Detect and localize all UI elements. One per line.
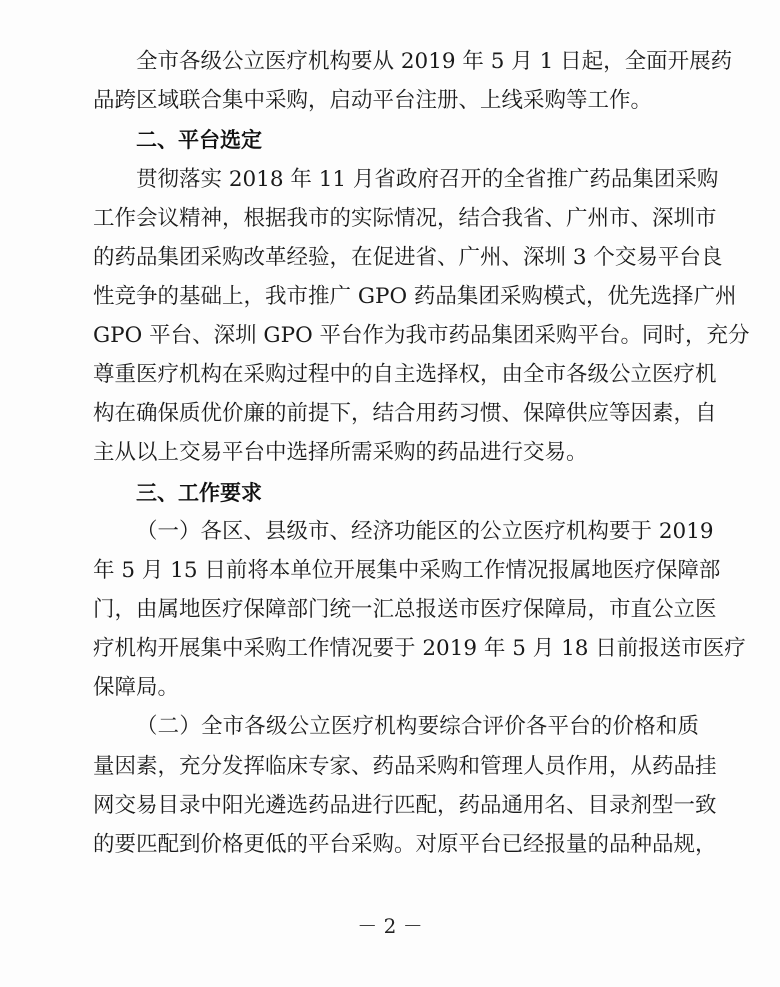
paragraph-line: 品跨区域联合集中采购，启动平台注册、上线采购等工作。 [93,86,699,116]
paragraph-line: 工作会议精神，根据我市的实际情况，结合我省、广州市、深圳市 [93,204,699,234]
paragraph-line: 门，由属地医疗保障部门统一汇总报送市医疗保障局，市直公立医 [93,595,699,625]
paragraph-line: 的要匹配到价格更低的平台采购。对原平台已经报量的品种品规， [93,830,699,860]
paragraph-line: 主从以上交易平台中选择所需采购的药品进行交易。 [93,438,699,468]
paragraph-line: 的药品集团采购改革经验，在促进省、广州、深圳 3 个交易平台良 [93,243,699,273]
document-page: 全市各级公立医疗机构要从 2019 年 5 月 1 日起，全面开展药 品跨区域联… [0,0,780,987]
paragraph-line: （一）各区、县级市、经济功能区的公立医疗机构要于 2019 [136,517,699,547]
paragraph-line: 尊重医疗机构在采购过程中的自主选择权，由全市各级公立医疗机 [93,360,699,390]
paragraph-line: （二）全市各级公立医疗机构要综合评价各平台的价格和质 [136,712,699,742]
paragraph-line: 疗机构开展集中采购工作情况要于 2019 年 5 月 18 日前报送市医疗 [93,634,699,664]
paragraph-line: 构在确保质优价廉的前提下，结合用药习惯、保障供应等因素，自 [93,399,699,429]
paragraph-line: 贯彻落实 2018 年 11 月省政府召开的全省推广药品集团采购 [136,165,699,195]
paragraph-line: GPO 平台、深圳 GPO 平台作为我市药品集团采购平台。同时，充分 [93,321,699,351]
paragraph-line: 性竞争的基础上，我市推广 GPO 药品集团采购模式，优先选择广州 [93,282,699,312]
paragraph-line: 保障局。 [93,673,699,703]
paragraph-line: 全市各级公立医疗机构要从 2019 年 5 月 1 日起，全面开展药 [136,47,699,77]
paragraph-line: 量因素，充分发挥临床专家、药品采购和管理人员作用，从药品挂 [93,752,699,782]
page-number: － 2 － [0,912,780,940]
paragraph-line: 网交易目录中阳光遴选药品进行匹配，药品通用名、目录剂型一致 [93,791,699,821]
section-heading-platform-selection: 二、平台选定 [136,125,262,155]
section-heading-work-requirements: 三、工作要求 [136,478,262,508]
paragraph-line: 年 5 月 15 日前将本单位开展集中采购工作情况报属地医疗保障部 [93,556,699,586]
